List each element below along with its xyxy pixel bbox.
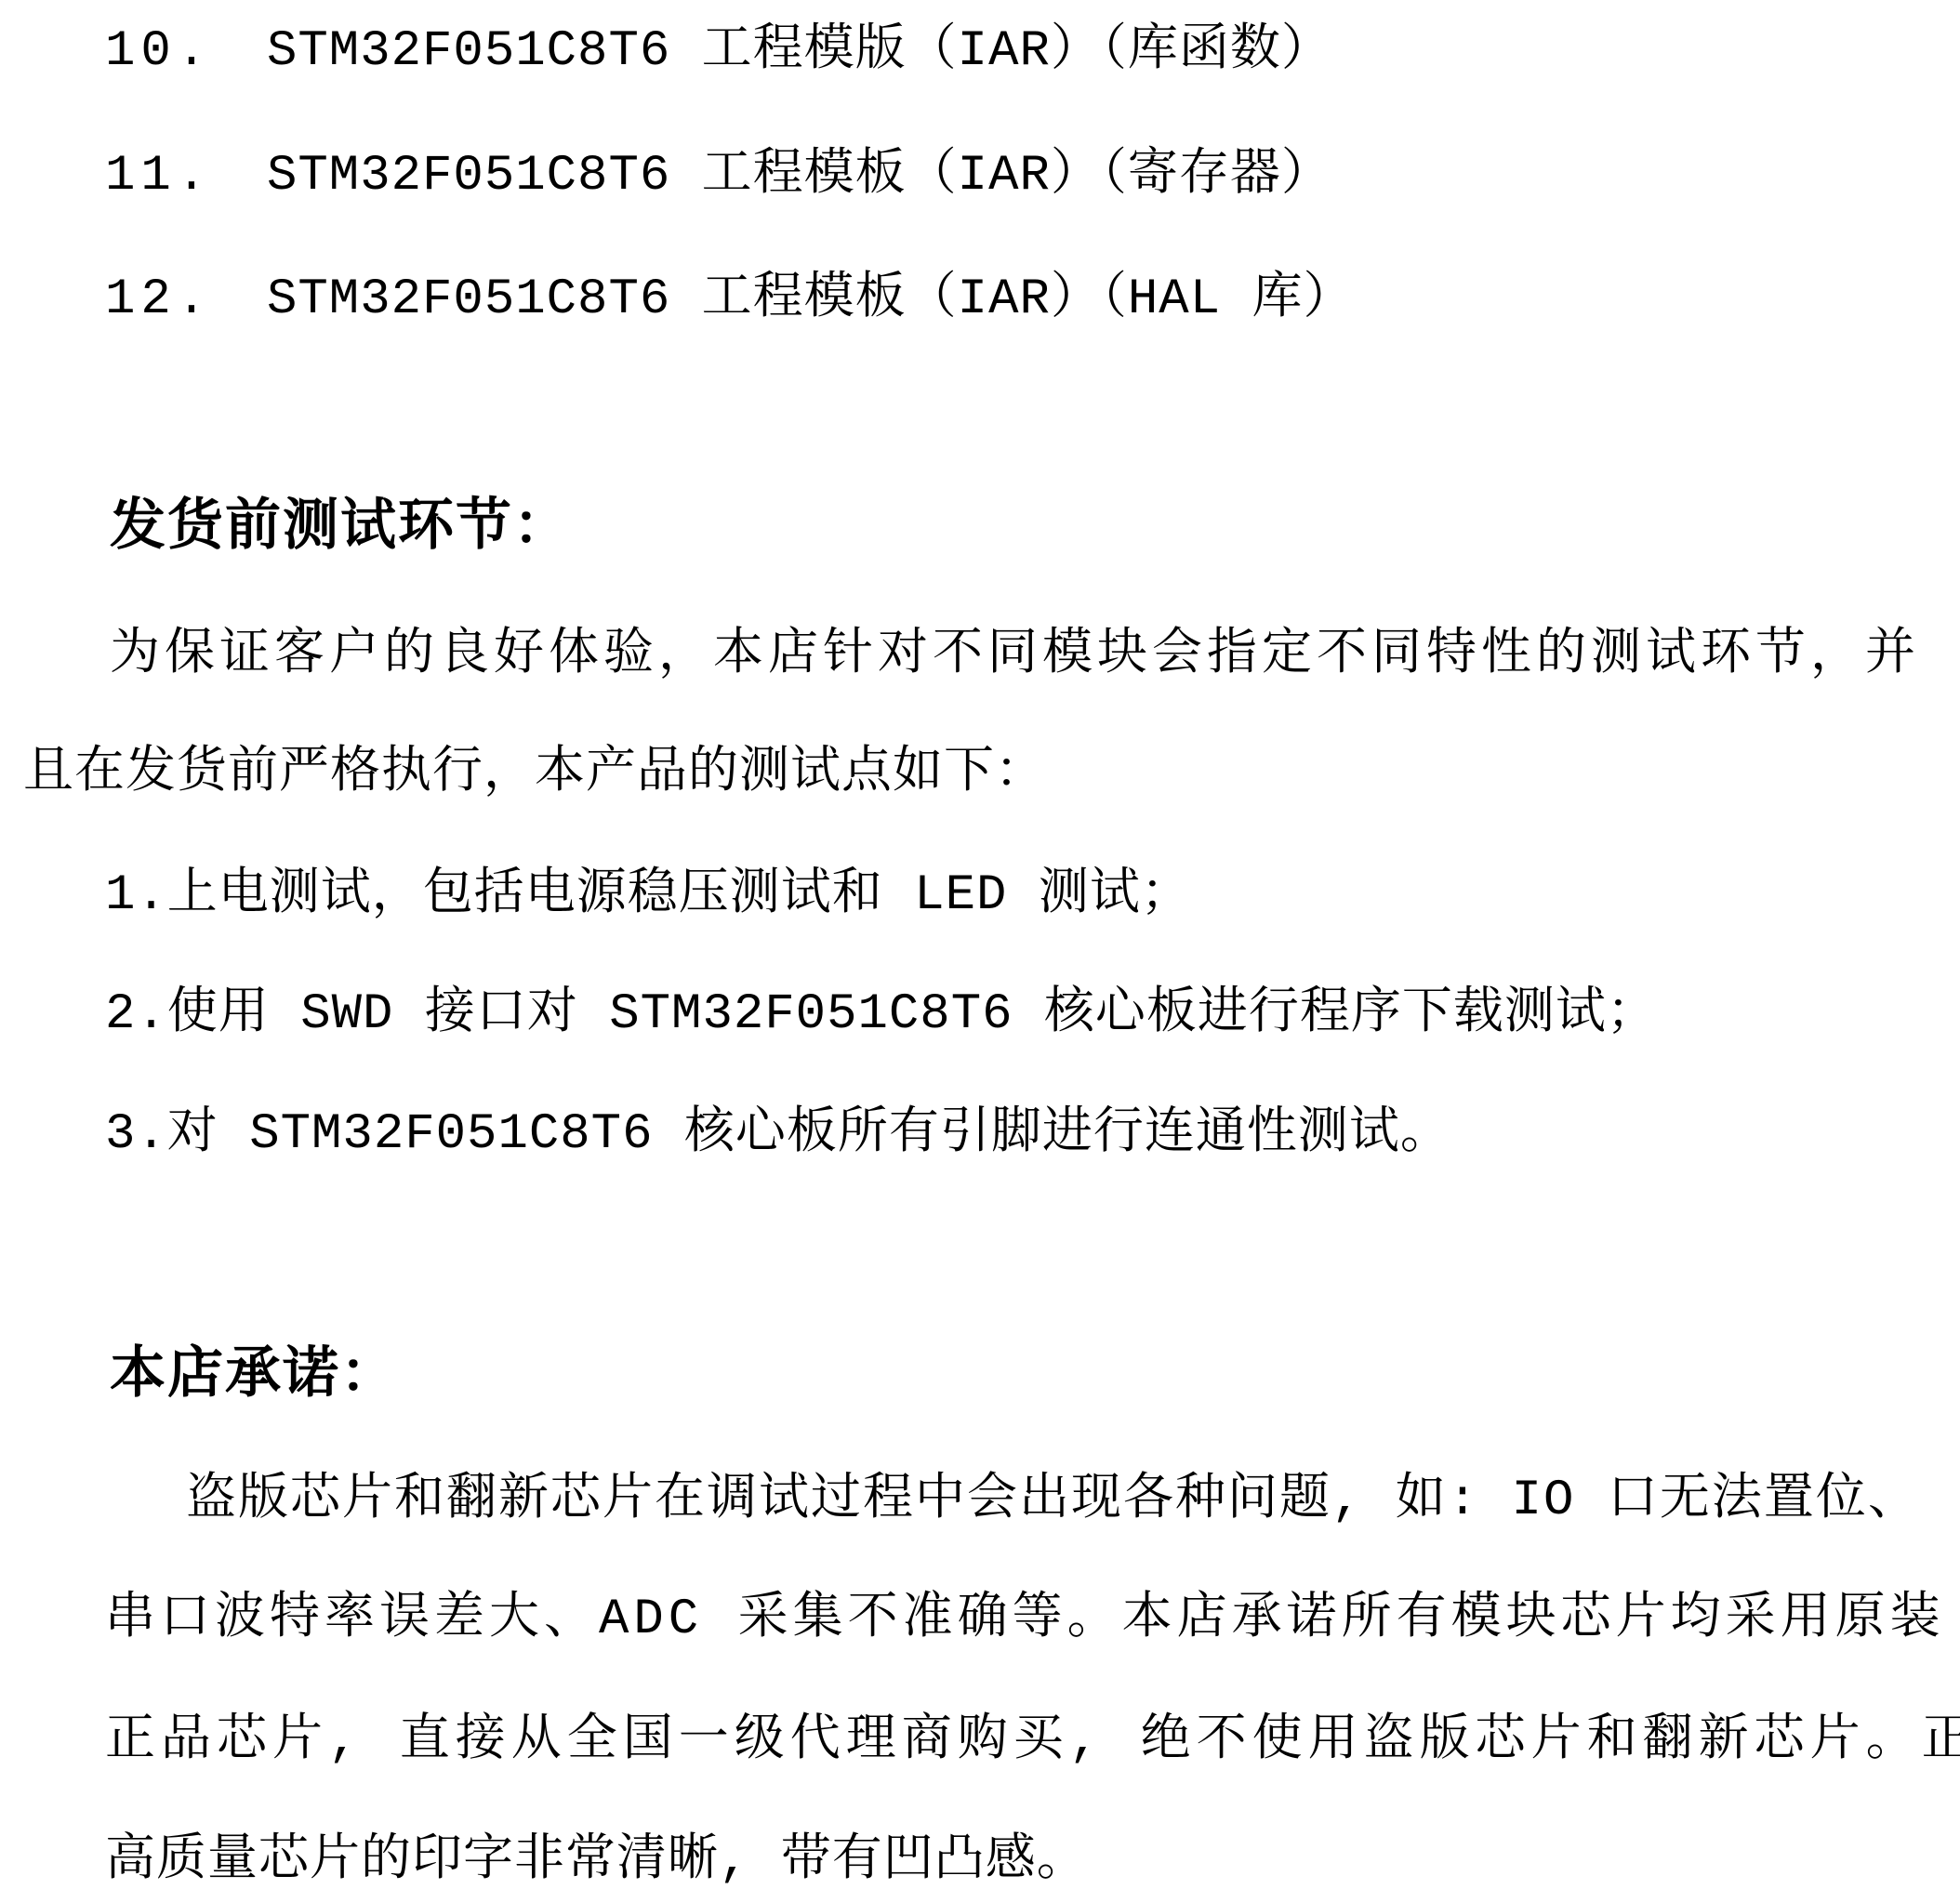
store-promise-line-3: 正品芯片, 直接从全国一级代理商购买, 绝不使用盗版芯片和翻新芯片。正品 <box>105 1713 1960 1771</box>
list-item-12-text: STM32F051C8T6 工程模板（IAR）（HAL 库） <box>267 271 1355 328</box>
list-item-10: 10.STM32F051C8T6 工程模版（IAR）（库函数） <box>105 23 1332 81</box>
list-item-11: 11.STM32F051C8T6 工程模板（IAR）（寄存器） <box>105 148 1332 205</box>
document-page: 10.STM32F051C8T6 工程模版（IAR）（库函数） 11.STM32… <box>0 0 1960 1889</box>
list-item-10-text: STM32F051C8T6 工程模版（IAR）（库函数） <box>267 23 1332 80</box>
test-point-2: 2.使用 SWD 接口对 STM32F051C8T6 核心板进行程序下载测试； <box>105 986 1658 1044</box>
test-point-1: 1.上电测试，包括电源稳压测试和 LED 测试； <box>105 867 1192 925</box>
list-item-10-number: 10. <box>105 23 267 81</box>
list-item-12: 12.STM32F051C8T6 工程模板（IAR）（HAL 库） <box>105 271 1355 329</box>
list-item-11-number: 11. <box>105 148 267 205</box>
pre-ship-test-heading: 发货前测试环节： <box>110 498 571 562</box>
list-item-11-text: STM32F051C8T6 工程模板（IAR）（寄存器） <box>267 148 1332 205</box>
pre-ship-test-intro-line-1: 为保证客户的良好体验，本店针对不同模块会指定不同特性的测试环节，并 <box>110 627 1920 685</box>
pre-ship-test-intro-line-2: 且在发货前严格执行，本产品的测试点如下： <box>23 746 1046 803</box>
store-promise-line-4: 高质量芯片的印字非常清晰, 带有凹凸感。 <box>105 1833 1088 1889</box>
store-promise-heading: 本店承诺： <box>110 1346 398 1410</box>
test-point-3: 3.对 STM32F051C8T6 核心板所有引脚进行连通性测试。 <box>105 1106 1451 1164</box>
list-item-12-number: 12. <box>105 271 267 329</box>
store-promise-line-1: 盗版芯片和翻新芯片在调试过程中会出现各种问题, 如: IO 口无法置位、 <box>186 1473 1920 1530</box>
store-promise-line-2: 串口波特率误差大、ADC 采集不准确等。本店承诺所有模块芯片均采用原装 <box>105 1592 1945 1649</box>
